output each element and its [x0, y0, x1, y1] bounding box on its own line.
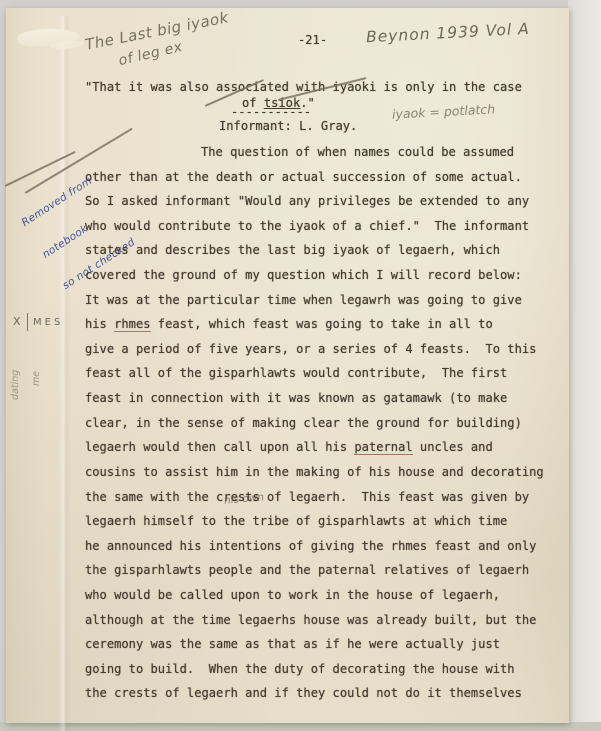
typed-text-segment: The question of when names could be assu… [201, 145, 514, 159]
typed-text-segment: feast all of the gisparhlawts would cont… [85, 366, 507, 380]
informant-line: Informant: L. Gray. [219, 119, 357, 133]
typed-line: who would be called upon to work in the … [85, 583, 557, 608]
typed-text-segment: his [85, 317, 114, 331]
scan-background-right [568, 0, 601, 731]
paper-fold-line [58, 16, 70, 731]
typed-line: cousins to assist him in the making of h… [85, 460, 557, 485]
typed-text-segment: It was at the particular time when legaw… [85, 293, 522, 307]
margin-x-mark: X [13, 315, 21, 328]
typed-text-segment: give a period of five years, or a series… [85, 342, 536, 356]
typed-line: although at the time legaerhs house was … [85, 608, 557, 633]
typed-text-segment: feast in connection with it was known as… [85, 391, 507, 405]
typed-line: the same with the crests of legaerh. Thi… [85, 485, 557, 510]
typed-line: who would contribute to the iyaok of a c… [85, 214, 557, 239]
typed-text-segment: who would contribute to the iyaok of a c… [85, 219, 529, 233]
typed-body-paragraph: The question of when names could be assu… [85, 140, 557, 706]
typed-line: legaerh would then call upon all his pat… [85, 435, 557, 460]
typed-line: It was at the particular time when legaw… [85, 288, 557, 313]
typed-text-segment: feast, which feast was going to take in … [151, 317, 493, 331]
typed-text-segment: going to build. When the duty of decorat… [85, 662, 515, 676]
typed-line: legaerh himself to the tribe of gisparhl… [85, 509, 557, 534]
typed-text-segment: So I asked informant "Would any privileg… [85, 194, 529, 208]
scan-background-bottom [0, 722, 601, 731]
typed-text-segment: paternal [354, 440, 412, 455]
typed-line: going to build. When the duty of decorat… [85, 657, 557, 682]
margin-vertical-note: dating [10, 336, 21, 400]
typed-text-segment: legaerh would then call upon all his [85, 440, 354, 454]
typed-text-segment: although at the time legaerhs house was … [85, 613, 536, 627]
typed-line: the gisparhlawts people and the paternal… [85, 558, 557, 583]
typed-text-segment: the gisparhlawts people and the paternal… [85, 563, 529, 577]
typed-line: he announced his intentions of giving th… [85, 534, 557, 559]
typed-text-segment: he announced his intentions of giving th… [85, 539, 536, 553]
typed-text-segment: other than at the death or actual succes… [85, 170, 522, 184]
typed-text-segment: clear, in the sense of making clear the … [85, 416, 522, 430]
typed-text-segment: covered the ground of my question which … [85, 268, 522, 282]
typed-line: ceremony was the same as that as if he w… [85, 632, 557, 657]
typed-line: other than at the death or actual succes… [85, 165, 557, 190]
typed-text-segment: the crests of legaerh and if they could … [85, 686, 522, 700]
typed-line: the crests of legaerh and if they could … [85, 681, 557, 706]
typed-text-segment: the same with the crests of legaerh. Thi… [85, 490, 529, 504]
typed-line: give a period of five years, or a series… [85, 337, 557, 362]
typed-text-segment: cousins to assist him in the making of h… [85, 465, 544, 479]
margin-vertical-note: me [31, 352, 42, 386]
typed-line: feast all of the gisparhlawts would cont… [85, 361, 557, 386]
typed-line: his rhmes feast, which feast was going t… [85, 312, 557, 337]
typed-line: The question of when names could be assu… [85, 140, 557, 165]
margin-divider-bar [27, 313, 28, 331]
typed-text-segment: legaerh himself to the tribe of gisparhl… [85, 514, 507, 528]
typed-line: covered the ground of my question which … [85, 263, 557, 288]
page-number: -21- [298, 33, 327, 47]
scanned-document-page: The Last big iyaok of leg ex -21- Beynon… [0, 0, 601, 731]
typed-line: clear, in the sense of making clear the … [85, 411, 557, 436]
typed-line: feast in connection with it was known as… [85, 386, 557, 411]
typed-text-segment: rhmes [114, 317, 150, 332]
margin-initials: MES [33, 317, 63, 328]
typed-divider: ----------- [231, 105, 311, 119]
typed-line: states and describes the last big iyaok … [85, 238, 557, 263]
typed-text-segment: states and describes the last big iyaok … [85, 243, 500, 257]
typed-text-segment: uncles and [413, 440, 493, 454]
typed-line: So I asked informant "Would any privileg… [85, 189, 557, 214]
typed-text-segment: who would be called upon to work in the … [85, 588, 500, 602]
typed-text-segment: ceremony was the same as that as if he w… [85, 637, 500, 651]
